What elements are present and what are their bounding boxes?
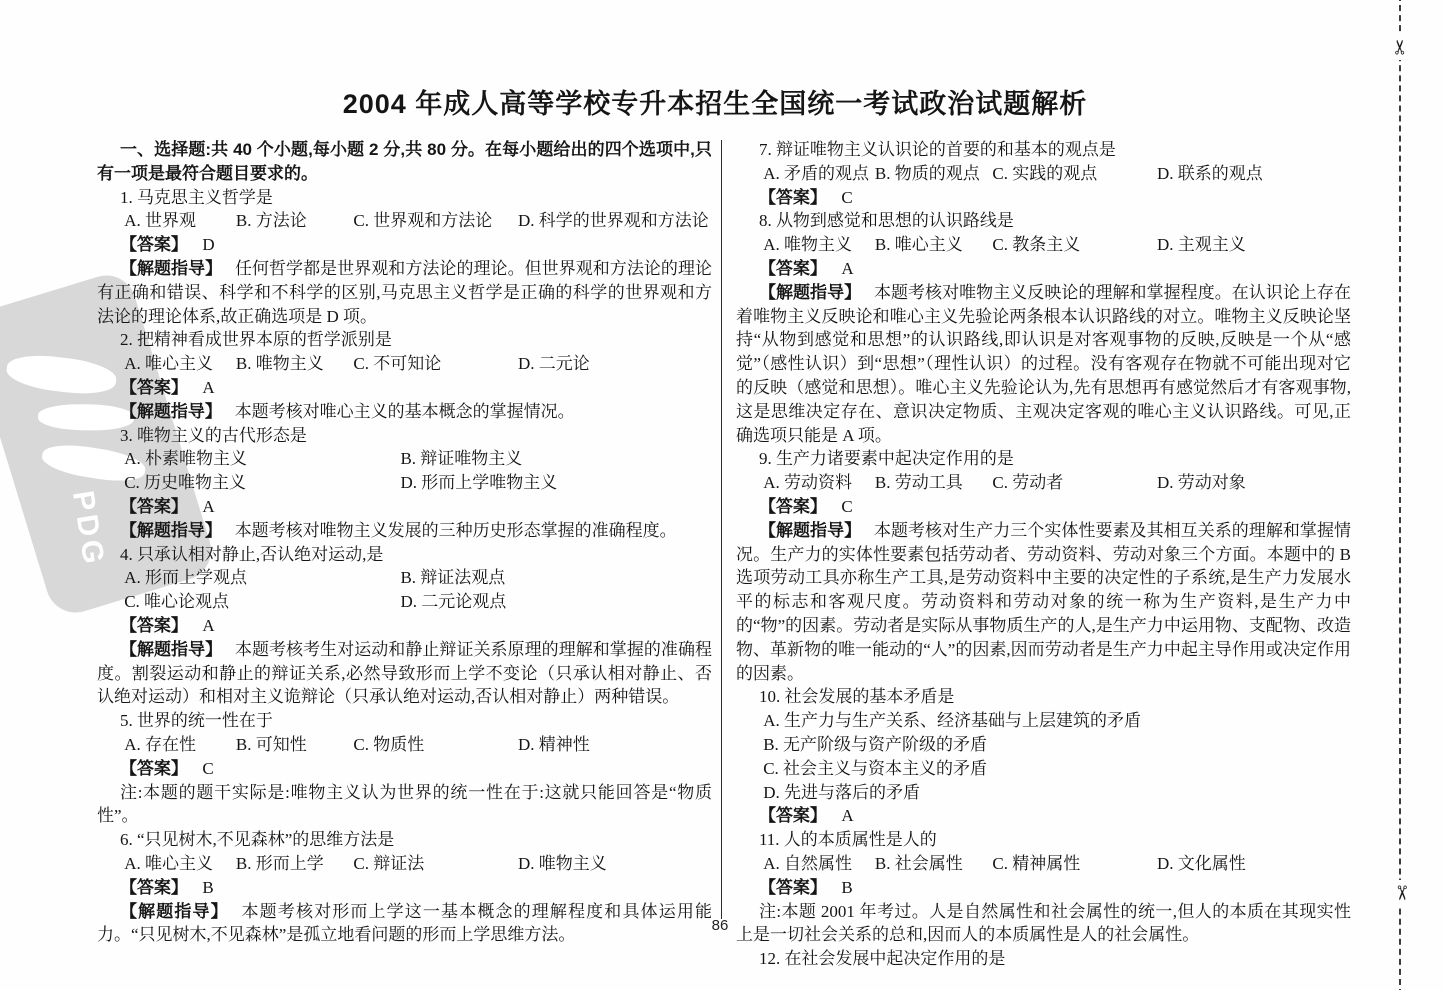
answer-label: 【答案】 <box>120 878 188 897</box>
guide-label: 【解题指导】 <box>120 259 222 278</box>
option: B. 唯心主义 <box>875 233 993 257</box>
option: B. 唯物主义 <box>236 352 354 376</box>
option: D. 劳动对象 <box>1157 471 1351 495</box>
answer-label: 【答案】 <box>120 497 188 516</box>
answer-line: 【答案】A <box>97 614 712 638</box>
guide-text: 本题考核对生产力三个实体性要素及其相互关系的理解和掌握情况。生产力的实体性要素包… <box>736 521 1351 683</box>
options-row: A. 唯心主义B. 形而上学C. 辩证法D. 唯物主义 <box>97 852 712 876</box>
option: C. 历史唯物主义 <box>124 471 400 495</box>
option: B. 辩证唯物主义 <box>400 447 712 471</box>
answer-line: 【答案】A <box>97 376 712 400</box>
options-row: A. 矛盾的观点B. 物质的观点C. 实践的观点D. 联系的观点 <box>736 162 1351 186</box>
note-paragraph: 注:本题 2001 年考过。人是自然属性和社会属性的统一,但人的本质在其现实性上… <box>736 900 1351 948</box>
right-column: 7. 辩证唯物主义认识论的首要的和基本的观点是A. 矛盾的观点B. 物质的观点C… <box>736 138 1351 971</box>
option: C. 教条主义 <box>992 233 1157 257</box>
option: A. 存在性 <box>124 733 236 757</box>
options-row: A. 朴素唯物主义B. 辩证唯物主义C. 历史唯物主义D. 形而上学唯物主义 <box>97 447 712 495</box>
option: B. 方法论 <box>236 209 354 233</box>
guide-paragraph: 【解题指导】任何哲学都是世界观和方法论的理论。但世界观和方法论的理论有正确和错误… <box>97 257 712 328</box>
guide-text: 本题考核对唯物主义反映论的理解和掌握程度。在认识论上存在着唯物主义反映论和唯心主… <box>736 283 1351 445</box>
option: A. 劳动资料 <box>763 471 875 495</box>
stem-paragraph: 8. 从物到感觉和思想的认识路线是 <box>736 209 1351 233</box>
answer-line: 【答案】D <box>97 233 712 257</box>
option: C. 世界观和方法论 <box>353 209 518 233</box>
stem-paragraph: 9. 生产力诸要素中起决定作用的是 <box>736 447 1351 471</box>
scanned-page: PDG 2004 年成人高等学校专升本招生全国统一考试政治试题解析 一、选择题:… <box>0 0 1445 990</box>
answer-line: 【答案】C <box>97 757 712 781</box>
option: B. 形而上学 <box>236 852 354 876</box>
option: C. 实践的观点 <box>992 162 1157 186</box>
answer-line: 【答案】A <box>736 257 1351 281</box>
option: B. 社会属性 <box>875 852 993 876</box>
scissors-icon: ✂ <box>1388 34 1414 60</box>
guide-paragraph: 【解题指导】本题考核对唯心主义的基本概念的掌握情况。 <box>97 400 712 424</box>
option: B. 可知性 <box>236 733 354 757</box>
option: D. 主观主义 <box>1157 233 1351 257</box>
answer-value: A <box>202 378 214 397</box>
intro-paragraph: 一、选择题:共 40 个小题,每小题 2 分,共 80 分。在每小题给出的四个选… <box>97 138 712 186</box>
option: D. 二元论 <box>518 352 712 376</box>
option: D. 形而上学唯物主义 <box>400 471 712 495</box>
options-row: A. 唯物主义B. 唯心主义C. 教条主义D. 主观主义 <box>736 233 1351 257</box>
option: D. 二元论观点 <box>400 590 712 614</box>
page-title: 2004 年成人高等学校专升本招生全国统一考试政治试题解析 <box>70 82 1360 121</box>
answer-label: 【答案】 <box>759 878 827 897</box>
option: A. 形而上学观点 <box>124 566 400 590</box>
scissors-icon: ✂ <box>1388 880 1414 906</box>
answer-label: 【答案】 <box>759 188 827 207</box>
guide-label: 【解题指导】 <box>120 902 229 921</box>
answer-line: 【答案】C <box>736 186 1351 210</box>
options-row: A. 形而上学观点B. 辩证法观点C. 唯心论观点D. 二元论观点 <box>97 566 712 614</box>
stem-paragraph: 10. 社会发展的基本矛盾是 <box>736 685 1351 709</box>
guide-text: 本题考核对唯物主义发展的三种历史形态掌握的准确程度。 <box>235 521 677 540</box>
guide-paragraph: 【解题指导】本题考核对唯物主义发展的三种历史形态掌握的准确程度。 <box>97 519 712 543</box>
options-row: A. 世界观B. 方法论C. 世界观和方法论D. 科学的世界观和方法论 <box>97 209 712 233</box>
stem-paragraph: 1. 马克思主义哲学是 <box>97 186 712 210</box>
option: C. 物质性 <box>353 733 518 757</box>
answer-line: 【答案】B <box>97 876 712 900</box>
column-divider <box>721 140 722 919</box>
option: A. 矛盾的观点 <box>763 162 875 186</box>
answer-value: A <box>202 497 214 516</box>
answer-value: C <box>841 497 852 516</box>
answer-line: 【答案】A <box>97 495 712 519</box>
answer-value: B <box>202 878 213 897</box>
answer-value: D <box>202 235 214 254</box>
option: D. 科学的世界观和方法论 <box>518 209 712 233</box>
options-row: A. 生产力与生产关系、经济基础与上层建筑的矛盾B. 无产阶级与资产阶级的矛盾C… <box>736 709 1351 804</box>
option: B. 劳动工具 <box>875 471 993 495</box>
page-number: 86 <box>694 917 746 934</box>
guide-paragraph: 【解题指导】本题考核对形而上学这一基本概念的理解程度和具体运用能力。“只见树木,… <box>97 900 712 948</box>
guide-label: 【解题指导】 <box>120 521 222 540</box>
guide-paragraph: 【解题指导】本题考核考生对运动和静止辩证关系原理的理解和掌握的准确程度。割裂运动… <box>97 638 712 709</box>
stem-paragraph: 2. 把精神看成世界本原的哲学派别是 <box>97 328 712 352</box>
cut-dashed-line <box>1399 0 1401 990</box>
answer-label: 【答案】 <box>120 616 188 635</box>
option: A. 自然属性 <box>763 852 875 876</box>
answer-label: 【答案】 <box>759 497 827 516</box>
option: C. 社会主义与资本主义的矛盾 <box>763 757 1351 781</box>
option: A. 唯物主义 <box>763 233 875 257</box>
option: C. 不可知论 <box>353 352 518 376</box>
option: C. 劳动者 <box>992 471 1157 495</box>
answer-value: C <box>202 759 213 778</box>
stem-paragraph: 12. 在社会发展中起决定作用的是 <box>736 947 1351 971</box>
guide-label: 【解题指导】 <box>759 283 861 302</box>
stem-paragraph: 3. 唯物主义的古代形态是 <box>97 424 712 448</box>
answer-label: 【答案】 <box>759 259 827 278</box>
option: C. 唯心论观点 <box>124 590 400 614</box>
guide-label: 【解题指导】 <box>759 521 861 540</box>
stem-paragraph: 5. 世界的统一性在于 <box>97 709 712 733</box>
answer-label: 【答案】 <box>759 806 827 825</box>
stem-paragraph: 6. “只见树木,不见森林”的思维方法是 <box>97 828 712 852</box>
option: D. 唯物主义 <box>518 852 712 876</box>
options-row: A. 唯心主义B. 唯物主义C. 不可知论D. 二元论 <box>97 352 712 376</box>
answer-label: 【答案】 <box>120 235 188 254</box>
option: D. 文化属性 <box>1157 852 1351 876</box>
answer-value: C <box>841 188 852 207</box>
guide-text: 本题考核对唯心主义的基本概念的掌握情况。 <box>235 402 575 421</box>
options-row: A. 存在性B. 可知性C. 物质性D. 精神性 <box>97 733 712 757</box>
left-column: 一、选择题:共 40 个小题,每小题 2 分,共 80 分。在每小题给出的四个选… <box>97 138 712 947</box>
answer-value: B <box>841 878 852 897</box>
option: D. 精神性 <box>518 733 712 757</box>
option: C. 辩证法 <box>353 852 518 876</box>
guide-label: 【解题指导】 <box>120 402 222 421</box>
option: B. 无产阶级与资产阶级的矛盾 <box>763 733 1351 757</box>
answer-label: 【答案】 <box>120 378 188 397</box>
answer-value: A <box>202 616 214 635</box>
answer-value: A <box>841 259 853 278</box>
answer-label: 【答案】 <box>120 759 188 778</box>
stem-paragraph: 7. 辩证唯物主义认识论的首要的和基本的观点是 <box>736 138 1351 162</box>
note-paragraph: 注:本题的题干实际是:唯物主义认为世界的统一性在于:这就只能回答是“物质性”。 <box>97 781 712 829</box>
option: A. 朴素唯物主义 <box>124 447 400 471</box>
answer-value: A <box>841 806 853 825</box>
options-row: A. 自然属性B. 社会属性C. 精神属性D. 文化属性 <box>736 852 1351 876</box>
answer-line: 【答案】B <box>736 876 1351 900</box>
stem-paragraph: 11. 人的本质属性是人的 <box>736 828 1351 852</box>
answer-line: 【答案】A <box>736 804 1351 828</box>
option: A. 唯心主义 <box>124 352 236 376</box>
option: A. 世界观 <box>124 209 236 233</box>
option: B. 辩证法观点 <box>400 566 712 590</box>
option: D. 先进与落后的矛盾 <box>763 781 1351 805</box>
option: B. 物质的观点 <box>875 162 993 186</box>
option: D. 联系的观点 <box>1157 162 1351 186</box>
guide-paragraph: 【解题指导】本题考核对唯物主义反映论的理解和掌握程度。在认识论上存在着唯物主义反… <box>736 281 1351 448</box>
option: A. 生产力与生产关系、经济基础与上层建筑的矛盾 <box>763 709 1351 733</box>
options-row: A. 劳动资料B. 劳动工具C. 劳动者D. 劳动对象 <box>736 471 1351 495</box>
option: C. 精神属性 <box>992 852 1157 876</box>
answer-line: 【答案】C <box>736 495 1351 519</box>
option: A. 唯心主义 <box>124 852 236 876</box>
stem-paragraph: 4. 只承认相对静止,否认绝对运动,是 <box>97 543 712 567</box>
guide-label: 【解题指导】 <box>120 640 222 659</box>
guide-paragraph: 【解题指导】本题考核对生产力三个实体性要素及其相互关系的理解和掌握情况。生产力的… <box>736 519 1351 686</box>
